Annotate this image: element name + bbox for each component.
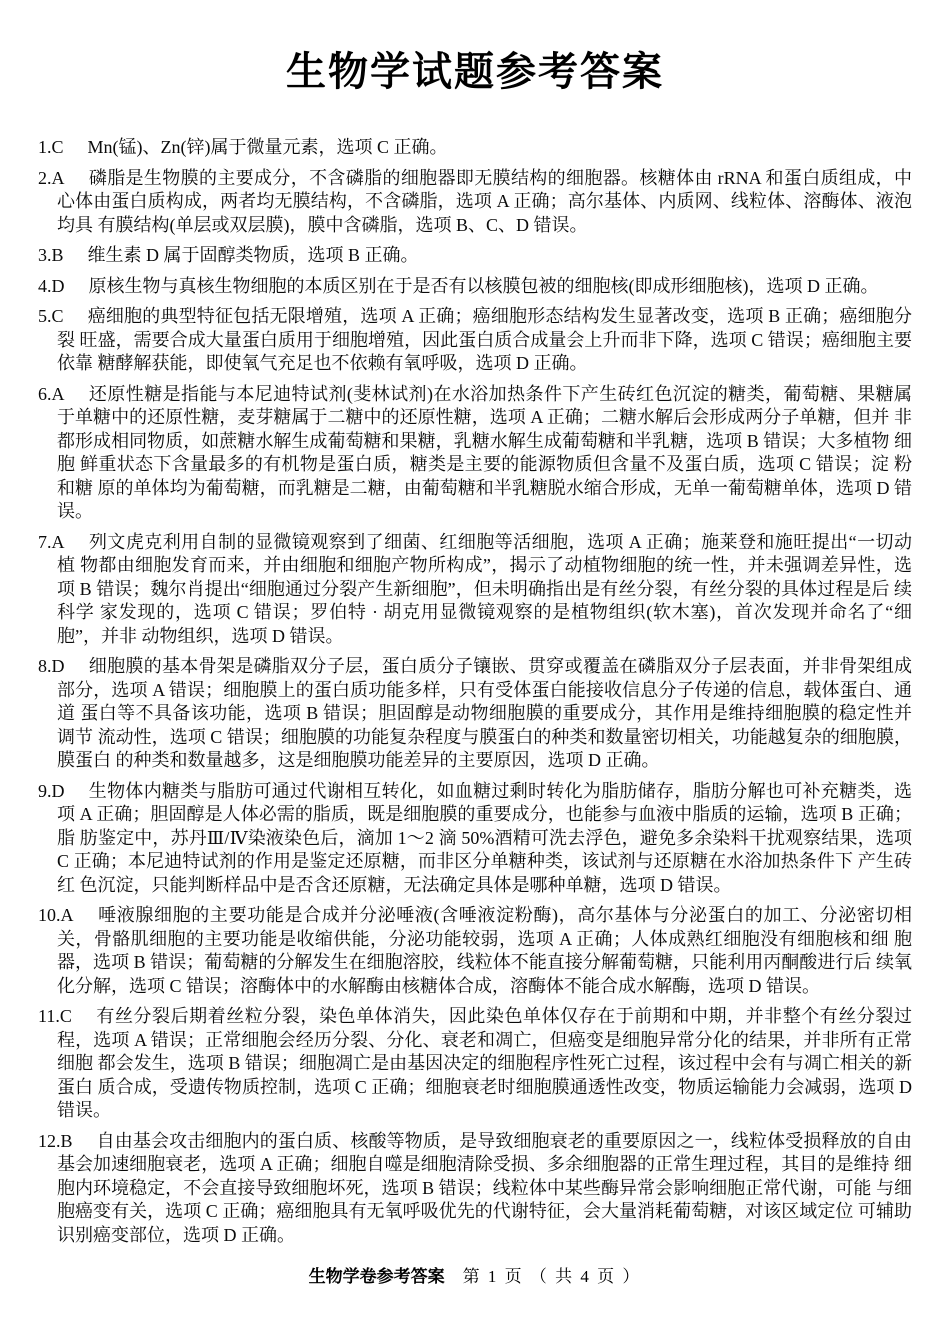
answer-number: 5.C [38,306,88,326]
answer-text: Mn(锰)、Zn(锌)属于微量元素，选项 C 正确。 [88,137,448,157]
answer-item: 9.D生物体内糖类与脂肪可通过代谢相互转化，如血糖过剩时转化为脂肪储存，脂肪分解… [38,780,912,898]
page-title: 生物学试题参考答案 [0,50,950,94]
answer-text: 维生素 D 属于固醇类物质，选项 B 正确。 [88,245,419,265]
document-page: 生物学试题参考答案 1.CMn(锰)、Zn(锌)属于微量元素，选项 C 正确。 … [0,0,950,1344]
footer-doc-name: 生物学卷参考答案 [309,1267,445,1286]
answer-number: 1.C [38,137,88,157]
page-footer: 生物学卷参考答案第 1 页 （ 共 4 页 ） [0,1262,950,1287]
answer-text: 唾液腺细胞的主要功能是合成并分泌唾液(含唾液淀粉酶)，高尔基体与分泌蛋白的加工、… [57,905,912,996]
answer-item: 11.C有丝分裂后期着丝粒分裂，染色单体消失，因此染色单体仅存在于前期和中期，并… [38,1005,912,1123]
answer-text: 自由基会攻击细胞内的蛋白质、核酸等物质，是导致细胞衰老的重要原因之一，线粒体受损… [57,1131,912,1245]
answer-item: 1.CMn(锰)、Zn(锌)属于微量元素，选项 C 正确。 [38,136,912,160]
answer-item: 8.D细胞膜的基本骨架是磷脂双分子层，蛋白质分子镶嵌、贯穿或覆盖在磷脂双分子层表… [38,655,912,773]
answer-item: 12.B自由基会攻击细胞内的蛋白质、核酸等物质，是导致细胞衰老的重要原因之一，线… [38,1130,912,1248]
answer-text: 生物体内糖类与脂肪可通过代谢相互转化，如血糖过剩时转化为脂肪储存，脂肪分解也可补… [57,781,912,895]
answer-number: 11.C [38,1006,96,1026]
answer-text: 癌细胞的典型特征包括无限增殖，选项 A 正确；癌细胞形态结构发生显著改变，选项 … [57,306,912,373]
answer-text: 还原性糖是指能与本尼迪特试剂(斐林试剂)在水浴加热条件下产生砖红色沉淀的糖类，葡… [57,384,912,522]
answer-item: 5.C癌细胞的典型特征包括无限增殖，选项 A 正确；癌细胞形态结构发生显著改变，… [38,305,912,376]
answer-number: 7.A [38,532,89,552]
answer-text: 磷脂是生物膜的主要成分，不含磷脂的细胞器即无膜结构的细胞器。核糖体由 rRNA … [57,168,912,235]
answer-text: 原核生物与真核生物细胞的本质区别在于是否有以核膜包被的细胞核(即成形细胞核)，选… [89,276,879,296]
answer-list: 1.CMn(锰)、Zn(锌)属于微量元素，选项 C 正确。 2.A磷脂是生物膜的… [38,136,912,1247]
answer-item: 7.A列文虎克利用自制的显微镜观察到了细菌、红细胞等活细胞，选项 A 正确；施莱… [38,531,912,649]
answer-text: 有丝分裂后期着丝粒分裂，染色单体消失，因此染色单体仅存在于前期和中期，并非整个有… [57,1006,912,1120]
footer-page-number: 第 1 页 （ 共 4 页 ） [463,1267,642,1286]
answer-number: 8.D [38,656,89,676]
answer-number: 9.D [38,781,89,801]
answer-item: 10.A唾液腺细胞的主要功能是合成并分泌唾液(含唾液淀粉酶)，高尔基体与分泌蛋白… [38,904,912,998]
answer-number: 4.D [38,276,89,296]
answer-number: 10.A [38,905,98,925]
answer-number: 12.B [38,1131,97,1151]
answer-number: 3.B [38,245,88,265]
answer-item: 4.D原核生物与真核生物细胞的本质区别在于是否有以核膜包被的细胞核(即成形细胞核… [38,275,912,299]
answer-text: 细胞膜的基本骨架是磷脂双分子层，蛋白质分子镶嵌、贯穿或覆盖在磷脂双分子层表面，并… [57,656,912,770]
answer-item: 2.A磷脂是生物膜的主要成分，不含磷脂的细胞器即无膜结构的细胞器。核糖体由 rR… [38,167,912,238]
answer-number: 6.A [38,384,89,404]
answer-item: 3.B维生素 D 属于固醇类物质，选项 B 正确。 [38,244,912,268]
answer-number: 2.A [38,168,89,188]
answer-item: 6.A还原性糖是指能与本尼迪特试剂(斐林试剂)在水浴加热条件下产生砖红色沉淀的糖… [38,383,912,524]
answer-text: 列文虎克利用自制的显微镜观察到了细菌、红细胞等活细胞，选项 A 正确；施莱登和施… [57,532,912,646]
